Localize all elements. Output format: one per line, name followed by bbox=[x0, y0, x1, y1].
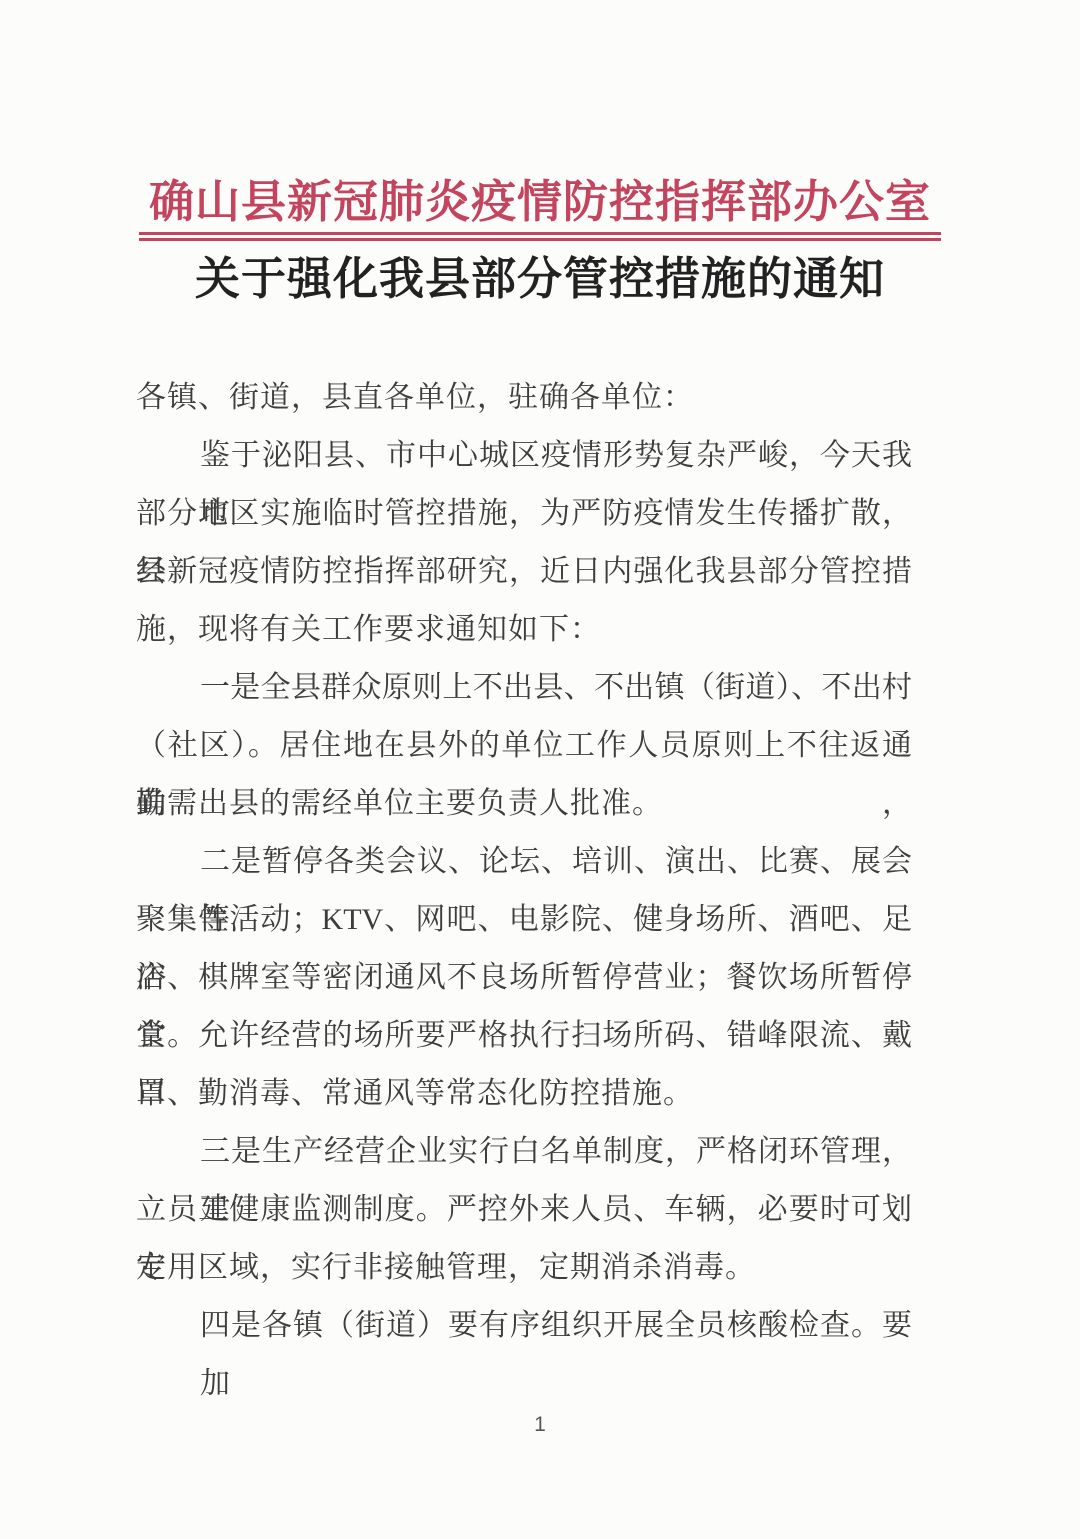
body-line: 聚集性活动；KTV、网吧、电影院、健身场所、酒吧、足浴 bbox=[136, 891, 912, 949]
body-line: 立员工健康监测制度。严控外来人员、车辆，必要时可划定 bbox=[136, 1181, 912, 1239]
body-line: 一是全县群众原则上不出县、不出镇（街道）、不出村 bbox=[136, 659, 912, 717]
body-line: 罩、勤消毒、常通风等常态化防控措施。 bbox=[136, 1065, 912, 1123]
body-line: 鉴于泌阳县、市中心城区疫情形势复杂严峻，今天我市 bbox=[136, 427, 912, 485]
body-line: 县新冠疫情防控指挥部研究，近日内强化我县部分管控措 bbox=[136, 543, 912, 601]
body-line: 部分地区实施临时管控措施，为严防疫情发生传播扩散，经 bbox=[136, 485, 912, 543]
document-header: 确山县新冠肺炎疫情防控指挥部办公室 bbox=[0, 0, 1080, 241]
document-body: 各镇、街道，县直各单位，驻确各单位：鉴于泌阳县、市中心城区疫情形势复杂严峻，今天… bbox=[136, 369, 912, 1355]
body-line: 施，现将有关工作要求通知如下： bbox=[136, 601, 912, 659]
body-line: 店、棋牌室等密闭通风不良场所暂停营业；餐饮场所暂停堂 bbox=[136, 949, 912, 1007]
document-page: 确山县新冠肺炎疫情防控指挥部办公室 关于强化我县部分管控措施的通知 各镇、街道，… bbox=[0, 0, 1080, 1539]
body-line: 食。允许经营的场所要严格执行扫场所码、错峰限流、戴口 bbox=[136, 1007, 912, 1065]
body-line: （社区）。居住地在县外的单位工作人员原则上不往返通勤， bbox=[136, 717, 912, 775]
body-line: 四是各镇（街道）要有序组织开展全员核酸检查。要加 bbox=[136, 1297, 912, 1355]
document-subtitle: 关于强化我县部分管控措施的通知 bbox=[0, 251, 1080, 307]
body-line: 二是暂停各类会议、论坛、培训、演出、比赛、展会等 bbox=[136, 833, 912, 891]
page-number: 1 bbox=[0, 1413, 1080, 1437]
body-line: 各镇、街道，县直各单位，驻确各单位： bbox=[136, 369, 912, 427]
document-title: 确山县新冠肺炎疫情防控指挥部办公室 bbox=[139, 176, 941, 241]
body-line: 三是生产经营企业实行白名单制度，严格闭环管理，建 bbox=[136, 1123, 912, 1181]
body-line: 专用区域，实行非接触管理，定期消杀消毒。 bbox=[136, 1239, 912, 1297]
